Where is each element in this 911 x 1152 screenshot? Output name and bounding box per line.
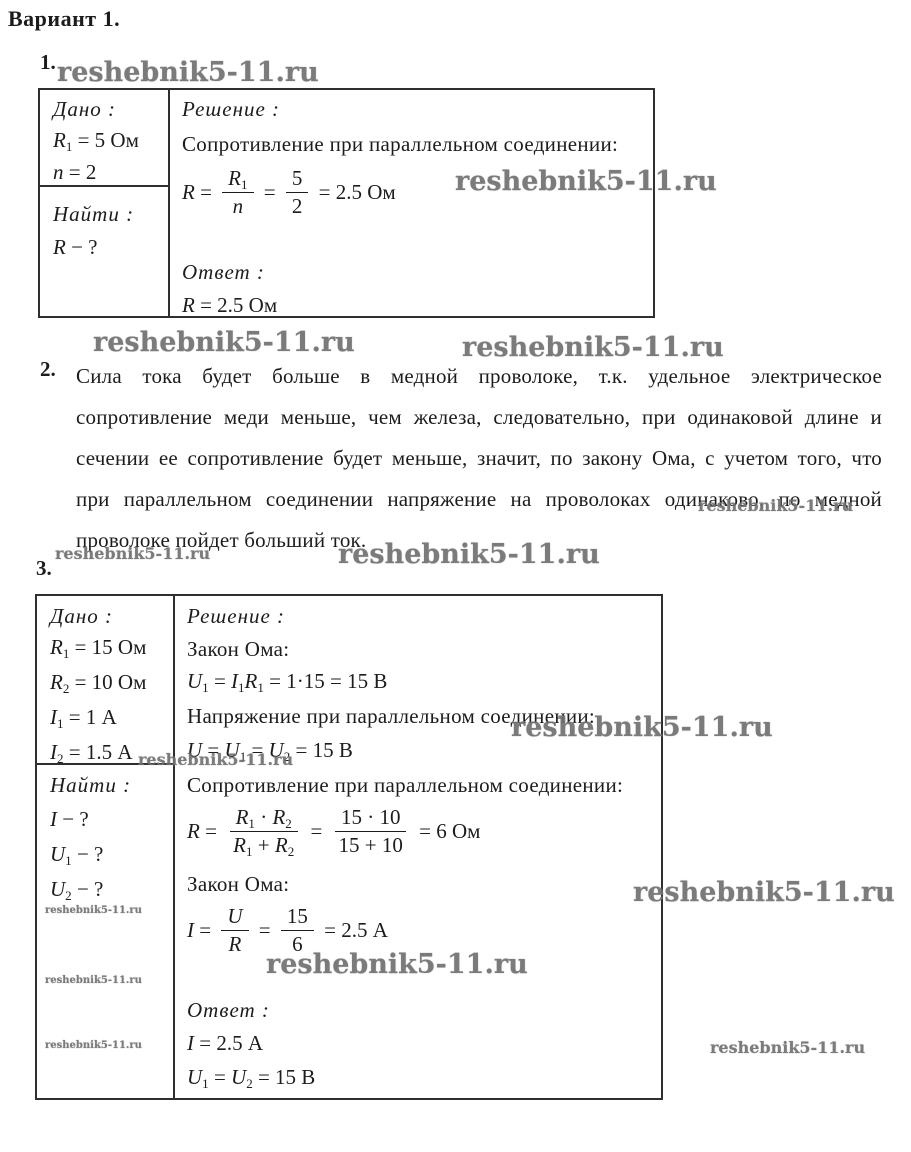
given-value: R2 = 10 Ом <box>50 669 169 696</box>
problem-3-find-section: Найти : I − ? U1 − ? U2 − ? <box>37 765 173 905</box>
solution-label: Решение : <box>182 96 280 122</box>
problem-2-number: 2. <box>40 357 56 382</box>
given-value: I1 = 1 А <box>50 704 169 731</box>
watermark: reshebnik5-11.ru <box>138 750 293 769</box>
find-value: U2 − ? <box>50 876 169 903</box>
problem-1-given-column: Дано : R1 = 5 Ом n = 2 Найти : R − ? <box>40 90 170 316</box>
find-value: R − ? <box>53 234 164 261</box>
problem-3-solution-table: Дано : R1 = 15 Ом R2 = 10 Ом I1 = 1 А I2… <box>35 594 663 1100</box>
solution-label: Решение : <box>187 603 285 629</box>
watermark: reshebnik5-11.ru <box>338 539 600 570</box>
worksheet-page: Вариант 1. 1. Дано : R1 = 5 Ом n = 2 Най… <box>0 0 911 1152</box>
answer-value: I = 2.5 А <box>187 1030 263 1057</box>
problem-3-number: 3. <box>36 556 52 581</box>
watermark: reshebnik5-11.ru <box>57 57 319 88</box>
problem-3-given-section: Дано : R1 = 15 Ом R2 = 10 Ом I1 = 1 А I2… <box>37 596 173 765</box>
watermark: reshebnik5-11.ru <box>710 1038 865 1057</box>
find-value: U1 − ? <box>50 841 169 868</box>
watermark: reshebnik5-11.ru <box>45 975 142 986</box>
watermark: reshebnik5-11.ru <box>55 544 210 563</box>
watermark: reshebnik5-11.ru <box>462 332 724 363</box>
given-value: n = 2 <box>53 159 164 186</box>
answer-value: R = 2.5 Ом <box>182 292 277 319</box>
solution-statement: Сопротивление при параллельном соединени… <box>187 772 623 799</box>
problem-3-solution-column: Решение : Закон Ома: U1 = I1R1 = 1·15 = … <box>175 596 661 1098</box>
watermark: reshebnik5-11.ru <box>45 1040 142 1051</box>
solution-formula: R = R1n = 52 = 2.5 Ом <box>182 163 396 221</box>
given-value: R1 = 5 Ом <box>53 127 164 154</box>
solution-statement: Закон Ома: <box>187 871 289 898</box>
problem-1-given-section: Дано : R1 = 5 Ом n = 2 <box>40 90 168 187</box>
solution-statement: Сопротивление при параллельном соединени… <box>182 131 618 158</box>
problem-2-line: сечении ее сопротивление будет меньше, з… <box>76 438 882 479</box>
given-label: Дано : <box>53 96 164 122</box>
watermark: reshebnik5-11.ru <box>511 712 773 743</box>
watermark: reshebnik5-11.ru <box>93 327 355 358</box>
watermark: reshebnik5-11.ru <box>698 496 853 515</box>
given-value: R1 = 15 Ом <box>50 634 169 661</box>
problem-2-line: сопротивление меди меньше, чем железа, с… <box>76 397 882 438</box>
solution-statement: Закон Ома: <box>187 636 289 663</box>
problem-2-answer-text: Сила тока будет больше в медной проволок… <box>76 356 882 561</box>
find-value: I − ? <box>50 806 169 833</box>
find-label: Найти : <box>53 201 164 227</box>
problem-1-solution-column: Решение : Сопротивление при параллельном… <box>170 90 653 316</box>
given-label: Дано : <box>50 603 169 629</box>
problem-3-given-column: Дано : R1 = 15 Ом R2 = 10 Ом I1 = 1 А I2… <box>37 596 175 1098</box>
answer-value: U1 = U2 = 15 В <box>187 1064 315 1091</box>
solution-formula: U1 = I1R1 = 1·15 = 15 В <box>187 668 387 695</box>
watermark: reshebnik5-11.ru <box>266 949 528 980</box>
answer-label: Ответ : <box>187 997 270 1023</box>
problem-1-solution-table: Дано : R1 = 5 Ом n = 2 Найти : R − ? Реш… <box>38 88 655 318</box>
watermark: reshebnik5-11.ru <box>633 877 895 908</box>
watermark: reshebnik5-11.ru <box>455 166 717 197</box>
problem-1-number: 1. <box>40 50 56 75</box>
page-title: Вариант 1. <box>8 6 120 32</box>
problem-1-find-section: Найти : R − ? <box>40 187 168 263</box>
find-label: Найти : <box>50 772 169 798</box>
solution-formula: R = R1 · R2R1 + R2 = 15 · 1015 + 10 = 6 … <box>187 801 480 861</box>
watermark: reshebnik5-11.ru <box>45 905 142 916</box>
answer-label: Ответ : <box>182 259 265 285</box>
